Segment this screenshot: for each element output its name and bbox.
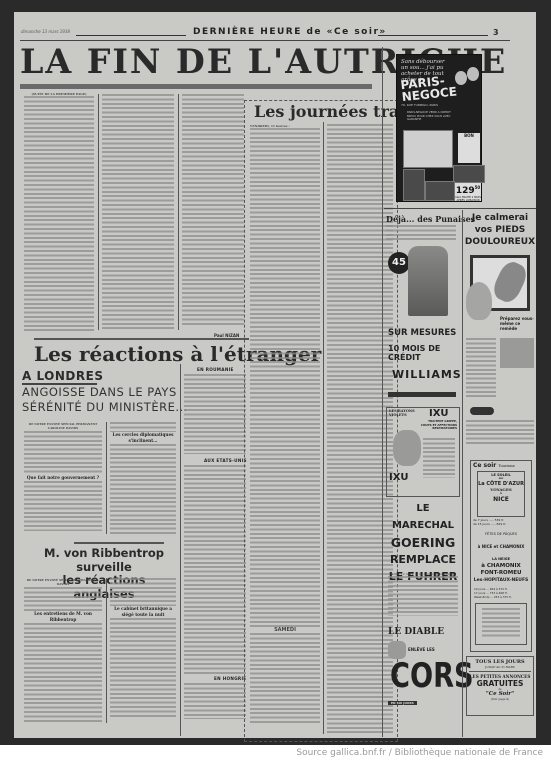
- man-illustration: [467, 67, 479, 81]
- bed-illustration: [425, 181, 455, 201]
- london-subhead: ANGOISSE DANS LE PAYS SÉRÉNITÉ DU MINIST…: [22, 385, 188, 415]
- doctor-illustration: [466, 282, 492, 320]
- lead-article-col-2: [102, 94, 174, 330]
- article-text: [24, 96, 94, 332]
- column-rule: [382, 47, 383, 737]
- article-text: [250, 128, 320, 628]
- williams-brand: WILLIAMS: [392, 368, 462, 381]
- pieds-side-text: Préparez vous-même ce remède: [500, 316, 534, 331]
- diable-footer: EN SIX JOURS: [388, 701, 417, 705]
- foot-shape: [490, 258, 530, 305]
- rate-row: de 15 jours ..... 829 fr.: [473, 522, 506, 526]
- dest: Les-HOPITAUX-NEUFS: [471, 577, 531, 584]
- masthead-rule-left: [76, 35, 186, 36]
- subhead-line-2: SÉRÉNITÉ DU MINISTÈRE...: [22, 400, 188, 415]
- column-rule: [178, 94, 179, 330]
- newspaper-page: dimanche 13 mars 1938 DERNIÈRE HEURE de …: [14, 12, 536, 738]
- box-line: NICE: [478, 496, 524, 503]
- ixu-claims: TRAITENT GRIPPE, COUPS ET AFFECTIONS RES…: [417, 420, 457, 431]
- figure-illustration: [393, 430, 421, 466]
- pa-line-2: JUSQU'AU 31 MARS: [467, 665, 533, 669]
- ad-ixu: LES RAYONS VIOLETS IXU TRAITENT GRIPPE, …: [386, 407, 460, 497]
- snow-heading: LA NEIGE: [471, 557, 531, 561]
- column-rule: [323, 122, 324, 734]
- easter-heading: FÊTES DE PÂQUES: [471, 532, 531, 536]
- goering-line-1: LE MARECHAL: [388, 500, 458, 534]
- london-byline: DE NOTRE ENVOYÉ SPÉCIAL PERMANENT CAROLI…: [24, 422, 102, 431]
- article-text: [110, 444, 176, 534]
- tourisme-info-box: [475, 603, 527, 645]
- ad-pieds-headline: Je calmerai vos PIEDS DOULOUREUX: [464, 212, 536, 248]
- williams-price: 45: [392, 257, 406, 268]
- ribbentrop-headline-line-1: M. von Ribbentrop surveille: [30, 547, 178, 574]
- column-rule: [180, 364, 181, 736]
- romania-text: [184, 374, 246, 454]
- tourisme-header: Ce soir Tourisme: [473, 462, 515, 469]
- headline-underbar: [20, 84, 372, 89]
- price-value: 129: [456, 186, 475, 196]
- masthead: dimanche 13 mars 1938 DERNIÈRE HEURE de …: [21, 29, 511, 39]
- masthead-rule-right: [378, 35, 488, 36]
- article-text: [110, 422, 176, 432]
- section-rule: [34, 338, 249, 340]
- ribbentrop-col-2: Le cabinet britannique a siégé toute la …: [110, 578, 176, 723]
- source-credit: Source gallica.bnf.fr / Bibliothèque nat…: [296, 748, 543, 758]
- lead-article-col-3: [182, 94, 244, 326]
- column-rule: [462, 210, 463, 737]
- coupon-box: BON: [458, 133, 480, 163]
- tourisme-info-text: [482, 608, 520, 638]
- man-in-suit-illustration: [408, 246, 448, 316]
- product-tin-illustration: [470, 407, 494, 415]
- dest: à CHAMONIX: [471, 563, 531, 570]
- goering-line-3: REMPLACE: [388, 551, 458, 568]
- ribbentrop-col-1: DE NOTRE ENVOYÉ SPÉCIAL PERMANENT C. DAV…: [24, 578, 102, 723]
- diable-brand: LE DIABLE: [388, 627, 444, 637]
- article-text: [388, 576, 458, 616]
- price-cents: 50: [475, 185, 481, 190]
- furniture-illustration: [453, 165, 485, 183]
- price-box: 12950 1ère TRAITE 1 MOIS APRÈS LIVRAISON: [455, 183, 481, 201]
- lead-article-col-1: (SUITE DE LA PREMIÈRE PAGE): [24, 92, 94, 332]
- rate-row: Week-Ends ... 253 à 375 fr.: [474, 596, 512, 600]
- usa-text: [184, 465, 246, 675]
- goering-text: Berlin, 12 mars. — Le D.N.B. communique …: [388, 572, 458, 622]
- tragic-days-col-1: VENDREDI, 11 heures : SAMEDI: [250, 124, 320, 734]
- hungary-dateline: EN HONGRIE: [214, 676, 246, 681]
- inset-heading-cercles: Les cercles diplomatiques s'inclinent...: [110, 432, 176, 444]
- pieds-line-1: Je calmerai: [464, 212, 536, 224]
- tourisme-brand: Ce soir: [473, 462, 496, 469]
- masthead-divider: [20, 40, 510, 41]
- tourisme-sub: Tourisme: [498, 464, 514, 468]
- article-text: [250, 633, 320, 723]
- ixu-text: [423, 438, 455, 478]
- diable-line: ENLÈVE LES: [408, 647, 435, 652]
- nice-box-content: LE SOLEIL sur La CÔTE D'AZUR VOYAGES à N…: [478, 473, 524, 503]
- nice-rates: de 7 jours ..... 539 fr. de 15 jours ...…: [473, 518, 506, 526]
- williams-line-1: SUR MESURES: [388, 328, 456, 338]
- article-text: [110, 618, 176, 718]
- goering-line-2: GOERING: [388, 534, 458, 551]
- price-badge: 45: [388, 252, 410, 274]
- masthead-title: DERNIÈRE HEURE de «Ce soir»: [193, 27, 387, 37]
- coupon-label: BON: [464, 133, 474, 138]
- london-col-2: Les cercles diplomatiques s'inclinent...: [110, 422, 176, 534]
- article-text: [24, 587, 102, 611]
- column-rule: [98, 94, 99, 330]
- inset-heading-entretiens: Les entretiens de M. von Ribbentrop: [24, 611, 102, 623]
- dest: FONT-ROMEU: [471, 570, 531, 577]
- pieds-line-3: DOULOUREUX: [464, 236, 536, 248]
- subhead-line-1: ANGOISSE DANS LE PAYS: [22, 385, 188, 400]
- offer-list: [403, 130, 453, 168]
- tragic-days-col-2: [327, 124, 393, 734]
- pieds-text-2: [466, 420, 534, 444]
- williams-footer-bar: [388, 392, 456, 397]
- ad-petites-annonces: TOUS LES JOURS JUSQU'AU 31 MARS LES PETI…: [466, 656, 534, 716]
- ad-slogan: PARIS-NEGOCE VEND A CRÉDIT MIEUX POUR CH…: [407, 111, 455, 122]
- column-rule: [106, 578, 107, 723]
- article-text: [24, 481, 102, 531]
- easter-destinations: à NICE et CHAMONIX: [471, 544, 531, 549]
- nice-box: LE SOLEIL sur La CÔTE D'AZUR VOYAGES à N…: [477, 471, 525, 517]
- ribbentrop-byline: DE NOTRE ENVOYÉ SPÉCIAL PERMANENT C. DAV…: [24, 578, 102, 587]
- usa-dateline: AUX ETATS-UNIS: [204, 458, 247, 463]
- ad-paris-negoce: Sans débourser un sou... j'ai pu acheter…: [396, 54, 482, 202]
- ad-divider: [384, 208, 536, 209]
- ixu-brand: IXU: [429, 408, 449, 419]
- price-note: 1ère TRAITE 1 MOIS APRÈS LIVRAISON: [455, 196, 481, 202]
- snow-destinations: à CHAMONIX FONT-ROMEU Les-HOPITAUX-NEUFS: [471, 563, 531, 584]
- ixu-brand-bottom: IXU: [389, 472, 409, 483]
- ad-williams: 45 SUR MESURES 10 MOIS DE CRÉDIT WILLIAM…: [386, 244, 458, 404]
- london-col-1: DE NOTRE ENVOYÉ SPÉCIAL PERMANENT CAROLI…: [24, 422, 102, 534]
- ixu-header: LES RAYONS VIOLETS: [389, 409, 415, 417]
- snow-rates: 10 jours ... 464 à 572 fr. 17 jours ... …: [474, 588, 512, 599]
- ad-le-diable: LE DIABLE ENLÈVE LES CORS EN SIX JOURS: [386, 627, 460, 737]
- pieds-line-2: vos PIEDS: [464, 224, 536, 236]
- pa-line-4: GRATUITES: [467, 679, 533, 688]
- article-text: [24, 431, 102, 475]
- hungary-text: [184, 683, 246, 719]
- ad-punaises-text: [386, 225, 456, 241]
- masthead-date: dimanche 13 mars 1938: [21, 29, 70, 34]
- wardrobe-illustration: [403, 169, 425, 201]
- article-text: [24, 623, 102, 723]
- article-text: [110, 578, 176, 606]
- pieds-text: [466, 338, 496, 398]
- williams-line-2: 10 MOIS DE CRÉDIT: [388, 344, 458, 362]
- ribbentrop-rule: [74, 542, 164, 544]
- ad-ce-soir-tourisme: Ce soir Tourisme LE SOLEIL sur La CÔTE D…: [470, 460, 532, 652]
- column-rule: [106, 422, 107, 534]
- page-number: 3: [493, 28, 499, 37]
- inset-heading-cabinet: Le cabinet britannique a siégé toute la …: [110, 606, 176, 618]
- romania-dateline: EN ROUMANIE: [197, 367, 234, 372]
- ad-address: 79, RUE TURBIGO, PARIS: [401, 103, 438, 107]
- woman-illustration: [455, 71, 467, 85]
- pa-line-7: (Voir page 9): [467, 697, 533, 701]
- foot-bath-illustration: [500, 338, 534, 368]
- london-dateline: A LONDRES: [22, 369, 103, 383]
